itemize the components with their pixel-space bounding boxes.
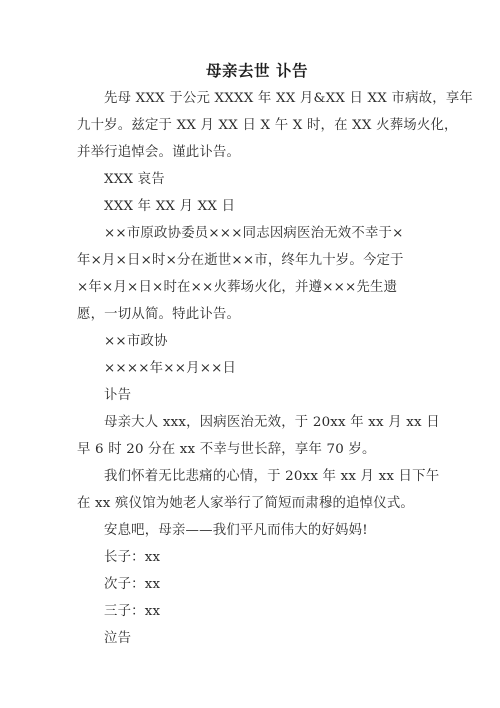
notice3-para1-line: 早 6 时 20 分在 xx 不幸与世长辞，享年 70 岁。 xyxy=(77,440,376,460)
notice3-para2-line: 在 xx 殡仪馆为她老人家举行了简短而肃穆的追悼仪式。 xyxy=(77,494,414,514)
notice3-heading: 讣告 xyxy=(104,386,131,406)
notice3-signer: 次子：xx xyxy=(104,575,160,595)
notice3-para1-line: 母亲大人 xxx，因病医治无效，于 20xx 年 xx 月 xx 日 xyxy=(104,413,440,433)
notice2-body-line: 愿，一切从简。特此讣告。 xyxy=(77,305,240,325)
notice3-signer: 三子：xx xyxy=(104,602,160,622)
notice3-closing: 泣告 xyxy=(104,629,131,649)
notice2-body-line: 年×月×日×时×分在逝世××市，终年九十岁。今定于 xyxy=(77,251,404,271)
notice3-farewell: 安息吧，母亲——我们平凡而伟大的好妈妈! xyxy=(104,521,368,541)
notice2-body-line: ×年×月×日×时在××火葬场火化，并遵×××先生遗 xyxy=(77,278,397,298)
notice1-body-line: 并举行追悼会。谨此讣告。 xyxy=(77,143,240,163)
notice1-date: XXX 年 XX 月 XX 日 xyxy=(104,197,235,217)
notice1-body-line: 先母 XXX 于公元 XXXX 年 XX 月&XX 日 XX 市病故，享年 xyxy=(104,89,473,109)
notice2-body-line: ××市原政协委员×××同志因病医治无效不幸于× xyxy=(104,224,404,244)
document-title: 母亲去世 讣告 xyxy=(57,61,457,81)
notice2-signature: ××市政协 xyxy=(104,332,168,352)
notice3-signer: 长子：xx xyxy=(104,548,160,568)
notice1-signature: XXX 哀告 xyxy=(104,170,165,190)
notice3-para2-line: 我们怀着无比悲痛的心情，于 20xx 年 xx 月 xx 日下午 xyxy=(104,467,439,487)
notice2-date: ××××年××月××日 xyxy=(104,359,236,379)
notice1-body-line: 九十岁。兹定于 XX 月 XX 日 X 午 X 时，在 XX 火葬场火化， xyxy=(77,116,458,136)
